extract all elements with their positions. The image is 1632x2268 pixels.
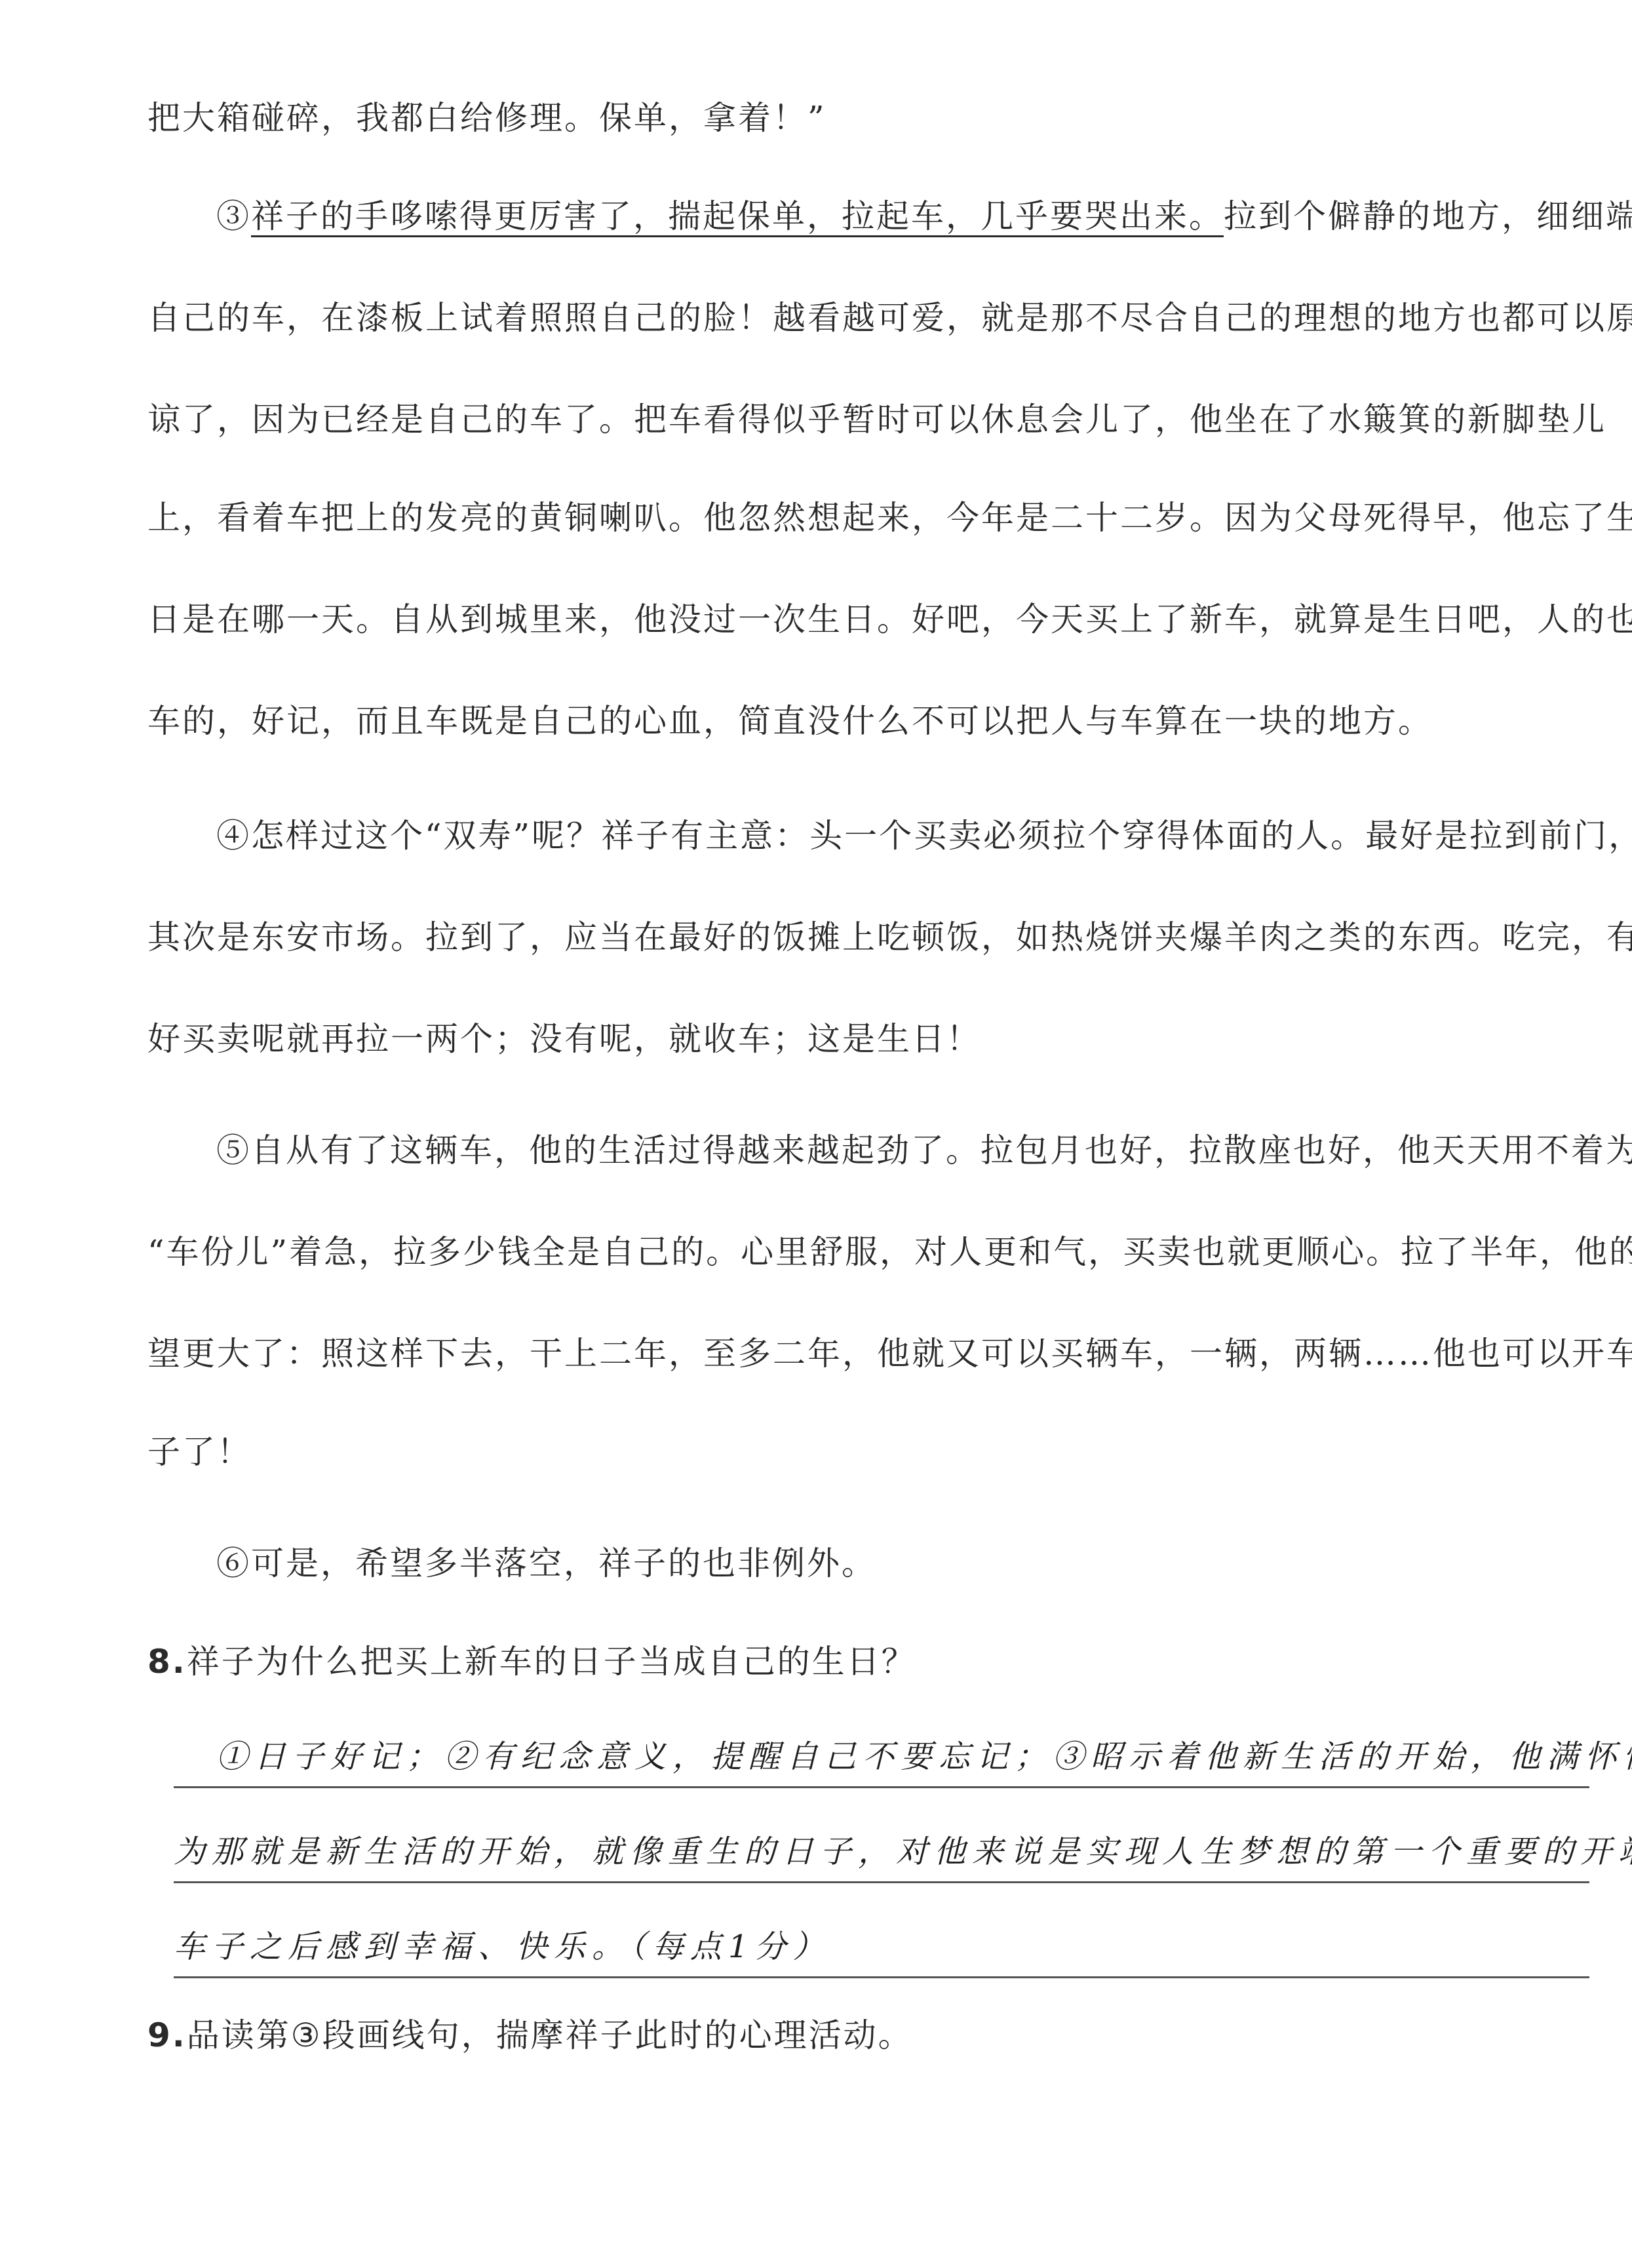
paragraph-4-line-3: 好买卖呢就再拉一两个；没有呢，就收车；这是生日！ [147,1019,1589,1059]
paragraph-3-line-2: 自己的车，在漆板上试着照照自己的脸！越看越可爱，就是那不尽合自己的理想的地方也都… [147,298,1589,338]
paragraph-6: ⑥可是，希望多半落空，祥子的也非例外。 [216,1544,1632,1583]
answer-8-line-1[interactable]: ①日子好记；②有纪念意义，提醒自己不要忘记；③昭示着他新生活的开始，他满怀憧憬，… [216,1737,1632,1776]
question-8: 8.祥子为什么把买上新车的日子当成自己的生日？ [147,1642,1589,1681]
answer-8-line-3[interactable]: 车子之后感到幸福、快乐。（每点1分） [174,1927,1589,1966]
paragraph-4-line-1: ④怎样过这个“双寿”呢？祥子有主意：头一个买卖必须拉个穿得体面的人。最好是拉到前… [216,816,1632,855]
underlined-sentence: 祥子的手哆嗦得更厉害了，揣起保单，拉起车，几乎要哭出来。 [251,197,1224,235]
paragraph-4-line-2: 其次是东安市场。拉到了，应当在最好的饭摊上吃顿饭，如热烧饼夹爆羊肉之类的东西。吃… [147,918,1589,957]
paragraph-3-line-3: 谅了，因为已经是自己的车了。把车看得似乎暂时可以休息会儿了，他坐在了水簸箕的新脚… [147,400,1589,439]
paragraph-3-line-4: 上，看着车把上的发亮的黄铜喇叭。他忽然想起来，今年是二十二岁。因为父母死得早，他… [147,498,1589,538]
paragraph-3-line-1: ③祥子的手哆嗦得更厉害了，揣起保单，拉起车，几乎要哭出来。拉到个僻静的地方，细细… [216,197,1632,236]
paragraph-5-line-1: ⑤自从有了这辆车，他的生活过得越来越起劲了。拉包月也好，拉散座也好，他天天用不着… [216,1131,1632,1170]
paragraph-5-line-3: 望更大了：照这样下去，干上二年，至多二年，他就又可以买辆车，一辆，两辆……他也可… [147,1334,1589,1373]
question-number: 8. [147,1643,187,1681]
paragraph-3-line-6: 车的，好记，而且车既是自己的心血，简直没什么不可以把人与车算在一块的地方。 [147,701,1589,741]
question-number: 9. [147,2016,187,2054]
question-text: 祥子为什么把买上新车的日子当成自己的生日？ [187,1643,916,1681]
paragraph-5-line-4: 子了！ [147,1432,1589,1472]
question-text: 品读第③段画线句，揣摩祥子此时的心理活动。 [187,2016,913,2054]
question-9: 9.品读第③段画线句，揣摩祥子此时的心理活动。 [147,2016,1589,2055]
paragraph-5-line-2: “车份儿”着急，拉多少钱全是自己的。心里舒服，对人更和气，买卖也就更顺心。拉了半… [147,1232,1589,1272]
paragraph-2-end: 把大箱碰碎，我都白给修理。保单，拿着！” [147,98,1589,138]
answer-rule [174,1881,1589,1883]
paragraph-marker: ③ [216,197,251,235]
paragraph-3-line-5: 日是在哪一天。自从到城里来，他没过一次生日。好吧，今天买上了新车，就算是生日吧，… [147,600,1589,639]
paragraph-3-line-1-rest: 拉到个僻静的地方，细细端详 [1224,197,1632,235]
answer-8-line-2[interactable]: 为那就是新生活的开始，就像重生的日子，对他来说是实现人生梦想的第一个重要的开端，… [174,1832,1589,1871]
answer-rule [174,1786,1589,1788]
answer-rule [174,1976,1589,1978]
